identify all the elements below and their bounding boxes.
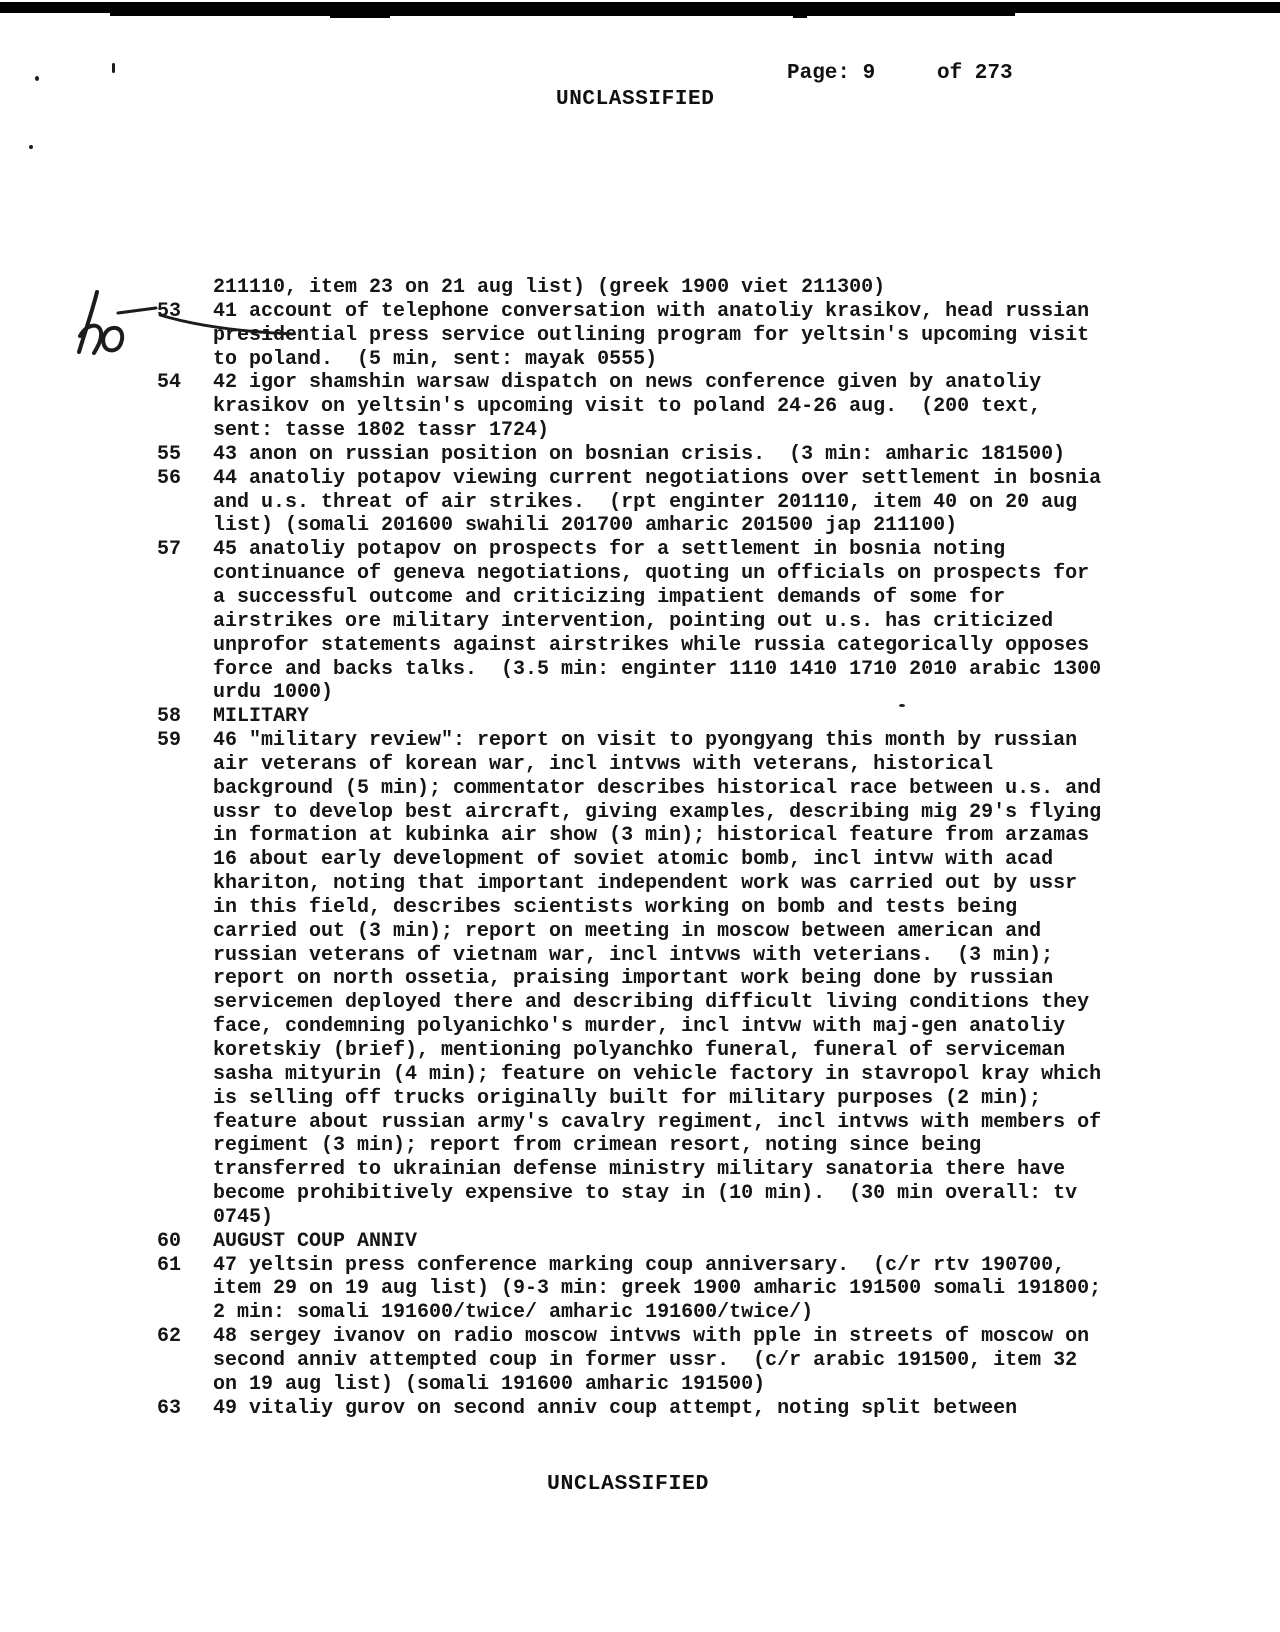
item-text: 43 anon on russian position on bosnian c… <box>213 443 1280 467</box>
list-item: 5543 anon on russian position on bosnian… <box>0 443 1280 467</box>
item-text: 42 igor shamshin warsaw dispatch on news… <box>213 371 1280 443</box>
document-body: 211110, item 23 on 21 aug list) (greek 1… <box>0 276 1280 1421</box>
item-number: 58 <box>157 705 181 729</box>
text-line: 45 anatoliy potapov on prospects for a s… <box>213 538 1280 562</box>
text-line: koretskiy (brief), mentioning polyanchko… <box>213 1039 1280 1063</box>
text-line: sasha mityurin (4 min); feature on vehic… <box>213 1063 1280 1087</box>
scan-speck <box>35 76 39 81</box>
text-line: 44 anatoliy potapov viewing current nego… <box>213 467 1280 491</box>
text-line: khariton, noting that important independ… <box>213 872 1280 896</box>
text-line: background (5 min); commentator describe… <box>213 777 1280 801</box>
text-line: transferred to ukrainian defense ministr… <box>213 1158 1280 1182</box>
item-number: 61 <box>157 1254 181 1278</box>
item-number: 59 <box>157 729 181 753</box>
text-line: report on north ossetia, praising import… <box>213 967 1280 991</box>
text-line: list) (somali 201600 swahili 201700 amha… <box>213 514 1280 538</box>
item-number: 63 <box>157 1397 181 1421</box>
text-line: item 29 on 19 aug list) (9-3 min: greek … <box>213 1277 1280 1301</box>
text-line: 0745) <box>213 1206 1280 1230</box>
item-number: 56 <box>157 467 181 491</box>
text-line: 41 account of telephone conversation wit… <box>213 300 1280 324</box>
text-line: in this field, describes scientists work… <box>213 896 1280 920</box>
list-item: 5341 account of telephone conversation w… <box>0 300 1280 372</box>
classification-footer: UNCLASSIFIED <box>547 1472 709 1496</box>
text-line: unprofor statements against airstrikes w… <box>213 634 1280 658</box>
text-line: urdu 1000) <box>213 681 1280 705</box>
classification-header: UNCLASSIFIED <box>556 88 714 111</box>
list-item: 5745 anatoliy potapov on prospects for a… <box>0 538 1280 705</box>
item-number: 62 <box>157 1325 181 1349</box>
text-line: 2 min: somali 191600/twice/ amharic 1916… <box>213 1301 1280 1325</box>
page-total-label: of 273 <box>937 62 1013 85</box>
text-line: 16 about early development of soviet ato… <box>213 848 1280 872</box>
scan-artifact-notch <box>330 15 390 18</box>
text-line: 211110, item 23 on 21 aug list) (greek 1… <box>213 276 1280 300</box>
text-line: 42 igor shamshin warsaw dispatch on news… <box>213 371 1280 395</box>
text-line: and u.s. threat of air strikes. (rpt eng… <box>213 491 1280 515</box>
text-line: russian veterans of vietnam war, incl in… <box>213 944 1280 968</box>
page-number-label: Page: 9 <box>787 62 875 85</box>
text-line: become prohibitively expensive to stay i… <box>213 1182 1280 1206</box>
scan-speck <box>112 63 115 73</box>
text-line: 43 anon on russian position on bosnian c… <box>213 443 1280 467</box>
list-item: 5442 igor shamshin warsaw dispatch on ne… <box>0 371 1280 443</box>
item-text: 211110, item 23 on 21 aug list) (greek 1… <box>213 276 1280 300</box>
text-line: 47 yeltsin press conference marking coup… <box>213 1254 1280 1278</box>
text-line: presidential press service outlining pro… <box>213 324 1280 348</box>
text-line: MILITARY <box>213 705 1280 729</box>
text-line: sent: tasse 1802 tassr 1724) <box>213 419 1280 443</box>
item-number: 53 <box>157 300 181 324</box>
list-item: 6147 yeltsin press conference marking co… <box>0 1254 1280 1326</box>
text-line: carried out (3 min); report on meeting i… <box>213 920 1280 944</box>
text-line: AUGUST COUP ANNIV <box>213 1230 1280 1254</box>
item-text: MILITARY <box>213 705 1280 729</box>
text-line: a successful outcome and criticizing imp… <box>213 586 1280 610</box>
text-line: to poland. (5 min, sent: mayak 0555) <box>213 348 1280 372</box>
text-line: is selling off trucks originally built f… <box>213 1087 1280 1111</box>
item-text: 49 vitaliy gurov on second anniv coup at… <box>213 1397 1280 1421</box>
item-text: 44 anatoliy potapov viewing current nego… <box>213 467 1280 539</box>
text-line: second anniv attempted coup in former us… <box>213 1349 1280 1373</box>
text-line: ussr to develop best aircraft, giving ex… <box>213 801 1280 825</box>
text-line: krasikov on yeltsin's upcoming visit to … <box>213 395 1280 419</box>
text-line: servicemen deployed there and describing… <box>213 991 1280 1015</box>
list-item: 6248 sergey ivanov on radio moscow intvw… <box>0 1325 1280 1397</box>
text-line: airstrikes ore military intervention, po… <box>213 610 1280 634</box>
text-line: 48 sergey ivanov on radio moscow intvws … <box>213 1325 1280 1349</box>
item-number: 60 <box>157 1230 181 1254</box>
item-text: 46 "military review": report on visit to… <box>213 729 1280 1230</box>
list-item: 211110, item 23 on 21 aug list) (greek 1… <box>0 276 1280 300</box>
text-line: 46 "military review": report on visit to… <box>213 729 1280 753</box>
item-number: 54 <box>157 371 181 395</box>
scan-artifact-bar-edge <box>110 12 1015 16</box>
list-item: 58MILITARY <box>0 705 1280 729</box>
document-page: Page: 9 of 273 UNCLASSIFIED 211110, item… <box>0 0 1280 1632</box>
text-line: air veterans of korean war, incl intvws … <box>213 753 1280 777</box>
item-text: 41 account of telephone conversation wit… <box>213 300 1280 372</box>
text-line: feature about russian army's cavalry reg… <box>213 1111 1280 1135</box>
text-line: regiment (3 min); report from crimean re… <box>213 1134 1280 1158</box>
item-number: 57 <box>157 538 181 562</box>
item-text: AUGUST COUP ANNIV <box>213 1230 1280 1254</box>
text-line: on 19 aug list) (somali 191600 amharic 1… <box>213 1373 1280 1397</box>
text-line: force and backs talks. (3.5 min: enginte… <box>213 658 1280 682</box>
item-text: 45 anatoliy potapov on prospects for a s… <box>213 538 1280 705</box>
list-item: 6349 vitaliy gurov on second anniv coup … <box>0 1397 1280 1421</box>
scan-artifact-notch <box>793 14 807 18</box>
list-item: 5644 anatoliy potapov viewing current ne… <box>0 467 1280 539</box>
list-item: 60AUGUST COUP ANNIV <box>0 1230 1280 1254</box>
text-line: 49 vitaliy gurov on second anniv coup at… <box>213 1397 1280 1421</box>
item-text: 48 sergey ivanov on radio moscow intvws … <box>213 1325 1280 1397</box>
text-line: continuance of geneva negotiations, quot… <box>213 562 1280 586</box>
text-line: in formation at kubinka air show (3 min)… <box>213 824 1280 848</box>
item-number: 55 <box>157 443 181 467</box>
scan-speck <box>29 145 33 149</box>
list-item: 5946 "military review": report on visit … <box>0 729 1280 1230</box>
text-line: face, condemning polyanichko's murder, i… <box>213 1015 1280 1039</box>
item-text: 47 yeltsin press conference marking coup… <box>213 1254 1280 1326</box>
